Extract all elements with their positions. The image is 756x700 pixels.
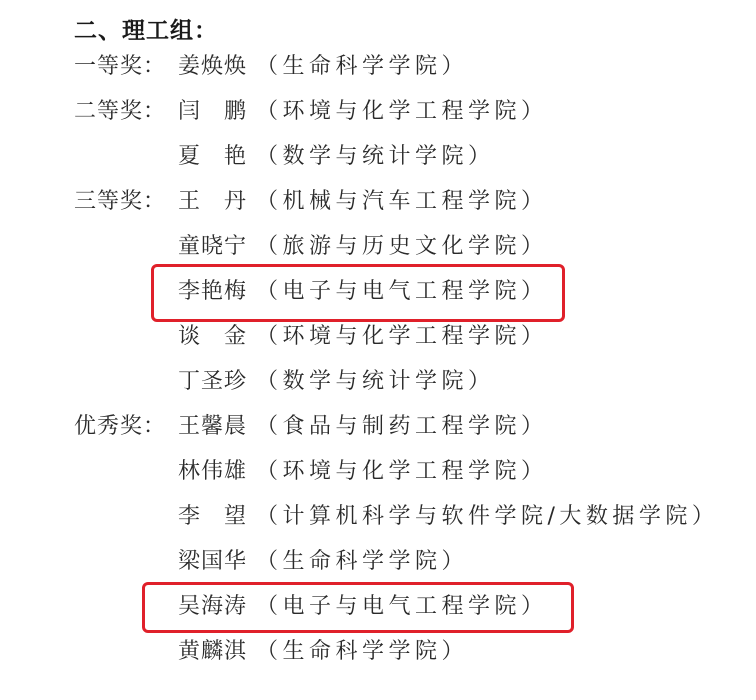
section-heading: 二、理工组：	[74, 12, 218, 45]
college-name: （环境与化学工程学院）	[256, 459, 548, 484]
college-name: （旅游与历史文化学院）	[256, 234, 548, 259]
award-row: 一等奖：姜焕焕（生命科学学院）	[74, 52, 468, 82]
college-name: （环境与化学工程学院）	[256, 324, 548, 349]
award-row: 梁国华（生命科学学院）	[74, 547, 468, 577]
college-name: （机械与汽车工程学院）	[256, 189, 548, 214]
winner-name: 黄麟淇	[178, 637, 256, 667]
winner-name: 闫 鹏	[178, 97, 256, 127]
award-row: 童晓宁（旅游与历史文化学院）	[74, 232, 548, 262]
award-level: 三等奖：	[74, 187, 178, 217]
college-name: （食品与制药工程学院）	[256, 414, 548, 439]
college-name: （计算机科学与软件学院/大数据学院）	[256, 504, 718, 529]
winner-name: 童晓宁	[178, 232, 256, 262]
college-name: （数学与统计学院）	[256, 144, 495, 169]
college-name: （生命科学学院）	[256, 54, 468, 79]
winner-name: 夏 艳	[178, 142, 256, 172]
college-name: （数学与统计学院）	[256, 369, 495, 394]
college-name: （生命科学学院）	[256, 549, 468, 574]
college-name: （生命科学学院）	[256, 639, 468, 664]
award-row: 三等奖：王 丹（机械与汽车工程学院）	[74, 187, 548, 217]
winner-name: 丁圣珍	[178, 367, 256, 397]
winner-name: 姜焕焕	[178, 52, 256, 82]
award-row: 李 望（计算机科学与软件学院/大数据学院）	[74, 502, 718, 532]
winner-name: 王馨晨	[178, 412, 256, 442]
highlight-box	[142, 582, 574, 633]
award-row: 谈 金（环境与化学工程学院）	[74, 322, 548, 352]
award-row: 黄麟淇（生命科学学院）	[74, 637, 468, 667]
winner-name: 谈 金	[178, 322, 256, 352]
highlight-box	[151, 264, 565, 322]
award-level: 一等奖：	[74, 52, 178, 82]
college-name: （环境与化学工程学院）	[256, 99, 548, 124]
winner-name: 李 望	[178, 502, 256, 532]
award-level: 二等奖：	[74, 97, 178, 127]
winner-name: 王 丹	[178, 187, 256, 217]
award-row: 夏 艳（数学与统计学院）	[74, 142, 495, 172]
winner-name: 林伟雄	[178, 457, 256, 487]
winner-name: 梁国华	[178, 547, 256, 577]
award-row: 林伟雄（环境与化学工程学院）	[74, 457, 548, 487]
award-row: 丁圣珍（数学与统计学院）	[74, 367, 495, 397]
award-row: 二等奖：闫 鹏（环境与化学工程学院）	[74, 97, 548, 127]
award-level: 优秀奖：	[74, 412, 178, 442]
award-row: 优秀奖：王馨晨（食品与制药工程学院）	[74, 412, 548, 442]
